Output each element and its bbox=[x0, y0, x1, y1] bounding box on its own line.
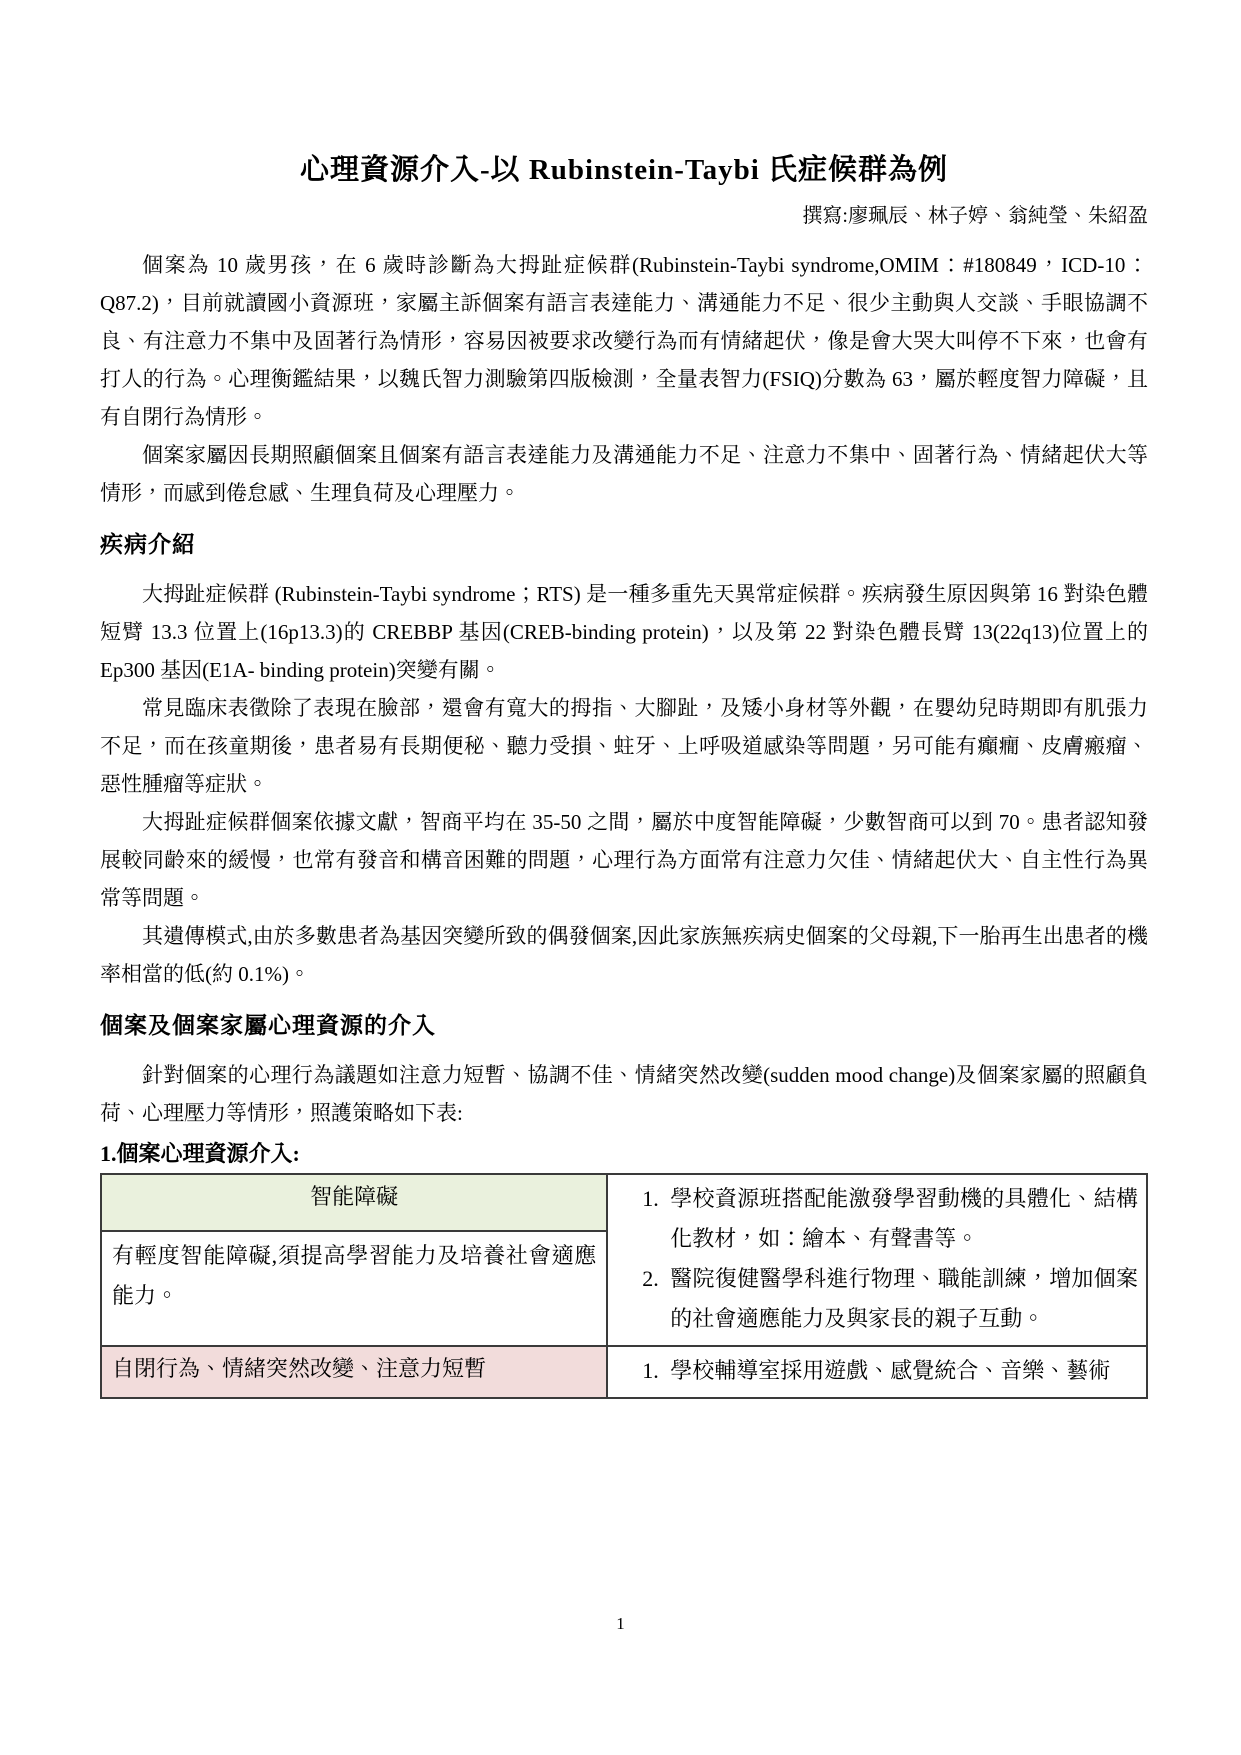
strategy-cell-row2: 學校輔導室採用遊戲、感覺統合、音樂、藝術 bbox=[607, 1346, 1147, 1398]
strategy-item: 學校輔導室採用遊戲、感覺統合、音樂、藝術 bbox=[664, 1351, 1138, 1391]
intro-paragraph-1: 個案為 10 歲男孩，在 6 歲時診斷為大拇趾症候群(Rubinstein-Ta… bbox=[100, 246, 1148, 436]
strategy-list-row2: 學校輔導室採用遊戲、感覺統合、音樂、藝術 bbox=[608, 1351, 1138, 1391]
intro-paragraph-2: 個案家屬因長期照顧個案且個案有語言表達能力及溝通能力不足、注意力不集中、固著行為… bbox=[100, 436, 1148, 512]
issue-title-autistic-behavior: 自閉行為、情緒突然改變、注意力短暫 bbox=[101, 1346, 607, 1398]
disease-paragraph-4: 其遺傳模式,由於多數患者為基因突變所致的偶發個案,因此家族無疾病史個案的父母親,… bbox=[100, 917, 1148, 993]
issue-description-intellectual-disability: 有輕度智能障礙,須提高學習能力及培養社會適應能力。 bbox=[101, 1231, 607, 1346]
strategy-item: 學校資源班搭配能激發學習動機的具體化、結構化教材，如：繪本、有聲書等。 bbox=[664, 1179, 1138, 1259]
document-page: 心理資源介入-以 Rubinstein-Taybi 氏症候群為例 撰寫:廖珮辰、… bbox=[0, 0, 1241, 1755]
strategy-cell-row1: 學校資源班搭配能激發學習動機的具體化、結構化教材，如：繪本、有聲書等。 醫院復健… bbox=[607, 1174, 1147, 1346]
table-row: 智能障礙 學校資源班搭配能激發學習動機的具體化、結構化教材，如：繪本、有聲書等。… bbox=[101, 1174, 1147, 1231]
page-title: 心理資源介入-以 Rubinstein-Taybi 氏症候群為例 bbox=[100, 150, 1148, 190]
table-row: 自閉行為、情緒突然改變、注意力短暫 學校輔導室採用遊戲、感覺統合、音樂、藝術 bbox=[101, 1346, 1147, 1398]
disease-paragraph-2: 常見臨床表徵除了表現在臉部，還會有寬大的拇指、大腳趾，及矮小身材等外觀，在嬰幼兒… bbox=[100, 689, 1148, 803]
section-heading-disease: 疾病介紹 bbox=[100, 529, 1148, 561]
strategy-list-row1: 學校資源班搭配能激發學習動機的具體化、結構化教材，如：繪本、有聲書等。 醫院復健… bbox=[608, 1179, 1138, 1339]
page-number: 1 bbox=[0, 1612, 1241, 1636]
section-heading-intervention: 個案及個案家屬心理資源的介入 bbox=[100, 1010, 1148, 1042]
disease-paragraph-1: 大拇趾症候群 (Rubinstein-Taybi syndrome；RTS) 是… bbox=[100, 575, 1148, 689]
intervention-paragraph-1: 針對個案的心理行為議題如注意力短暫、協調不佳、情緒突然改變(sudden moo… bbox=[100, 1056, 1148, 1132]
issue-title-intellectual-disability: 智能障礙 bbox=[101, 1174, 607, 1231]
disease-paragraph-3: 大拇趾症候群個案依據文獻，智商平均在 35-50 之間，屬於中度智能障礙，少數智… bbox=[100, 803, 1148, 917]
strategy-item: 醫院復健醫學科進行物理、職能訓練，增加個案的社會適應能力及與家長的親子互動。 bbox=[664, 1259, 1138, 1339]
author-byline: 撰寫:廖珮辰、林子婷、翁純瑩、朱紹盈 bbox=[100, 198, 1148, 234]
table-label: 1.個案心理資源介入: bbox=[100, 1137, 1148, 1171]
care-strategy-table: 智能障礙 學校資源班搭配能激發學習動機的具體化、結構化教材，如：繪本、有聲書等。… bbox=[100, 1173, 1148, 1399]
